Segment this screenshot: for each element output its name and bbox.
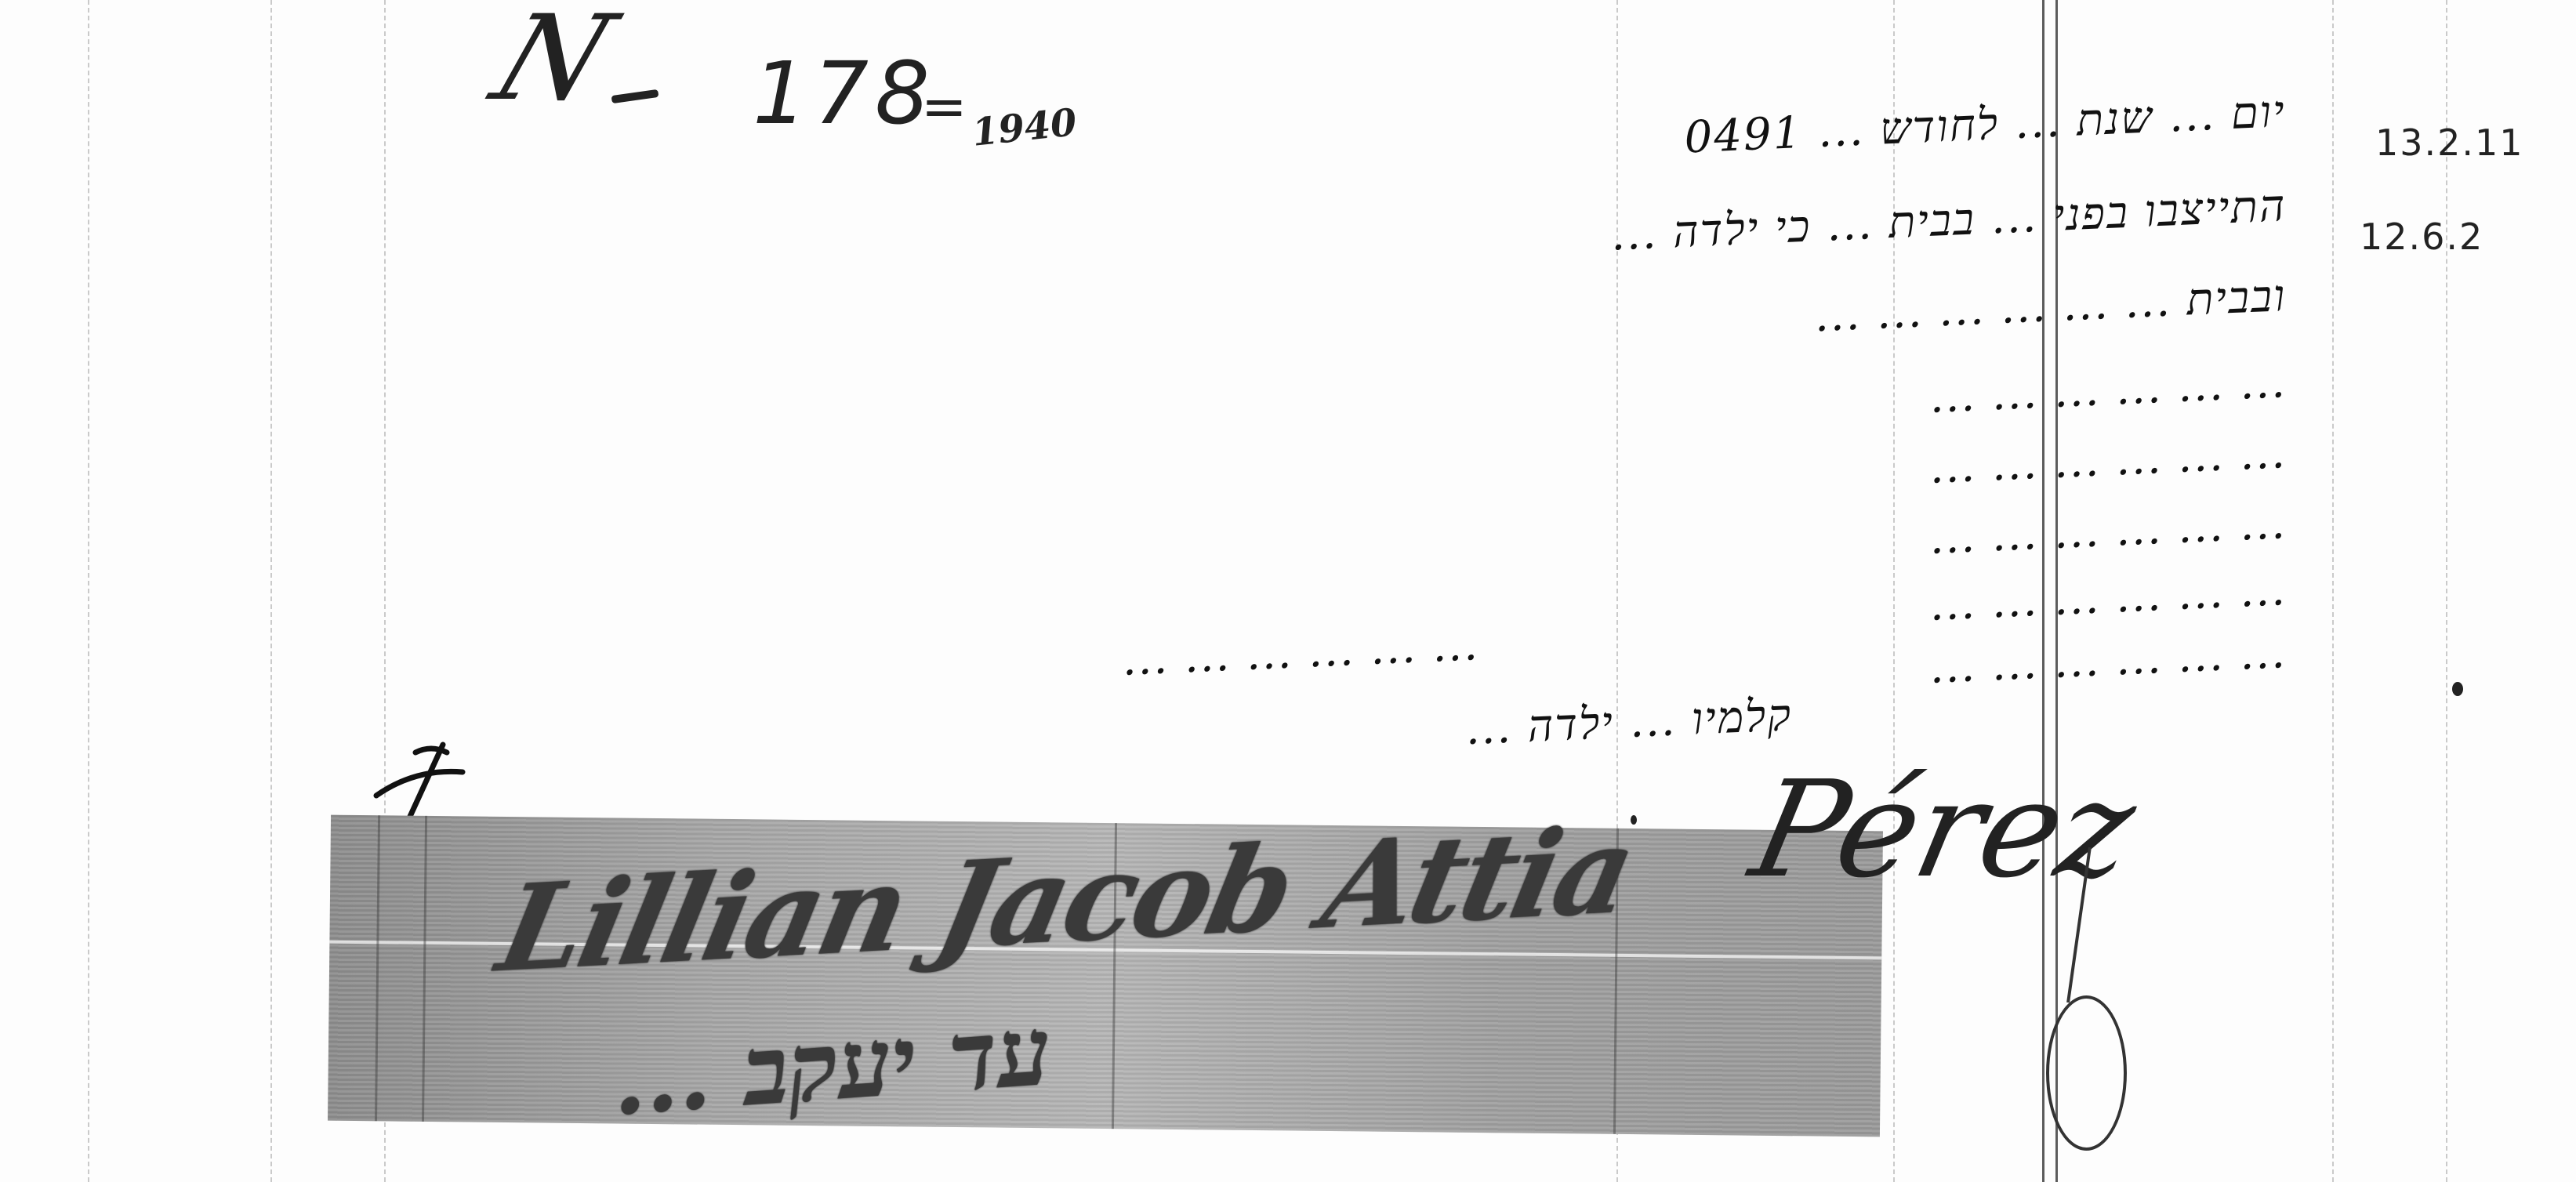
- reference-number: 178: [753, 43, 936, 143]
- folio-dash: [611, 89, 659, 103]
- ruled-line: [88, 0, 89, 1182]
- ruled-line: [270, 0, 272, 1182]
- folio-mark: N: [481, 0, 626, 118]
- ink-dot: [2452, 682, 2463, 696]
- body-line: יום ... שנת ... לחודש ... 1940: [1684, 86, 2288, 163]
- body-line: ... ... ... ... ... ...: [1121, 619, 1480, 686]
- signature-second: Pérez: [1740, 752, 2148, 908]
- body-line: ... ... ... ... ... ...: [1928, 427, 2288, 494]
- margin-date: 13.2.11: [2375, 121, 2524, 164]
- body-line: ... ... ... ... ... ...: [1928, 627, 2288, 694]
- ruled-line: [2446, 0, 2447, 1182]
- closing-line: קלמיו ... ילדה ...: [1464, 690, 1794, 755]
- stamp-line: [422, 816, 427, 1122]
- document-page: N 178 = 1940 13.2.11 12.6.2 יום ... שנת …: [0, 0, 2576, 1182]
- reference-suffix: =: [921, 74, 967, 139]
- year: 1940: [970, 100, 1079, 155]
- signature-flourish: [2046, 995, 2127, 1151]
- ink-dot: [1631, 815, 1637, 825]
- ruled-line: [1893, 0, 1895, 1182]
- stamp-line: [375, 815, 380, 1121]
- ruled-line: [2332, 0, 2334, 1182]
- body-line: ... ... ... ... ... ...: [1928, 357, 2288, 423]
- body-line: ... ... ... ... ... ...: [1928, 498, 2288, 564]
- margin-date: 12.6.2: [2360, 216, 2483, 258]
- body-line: התייצבו בפני ... בבית ... כי ילדה ...: [1609, 180, 2287, 261]
- body-line: ובבית ... ... ... ... ... ...: [1813, 270, 2288, 342]
- body-line: ... ... ... ... ... ...: [1928, 564, 2288, 631]
